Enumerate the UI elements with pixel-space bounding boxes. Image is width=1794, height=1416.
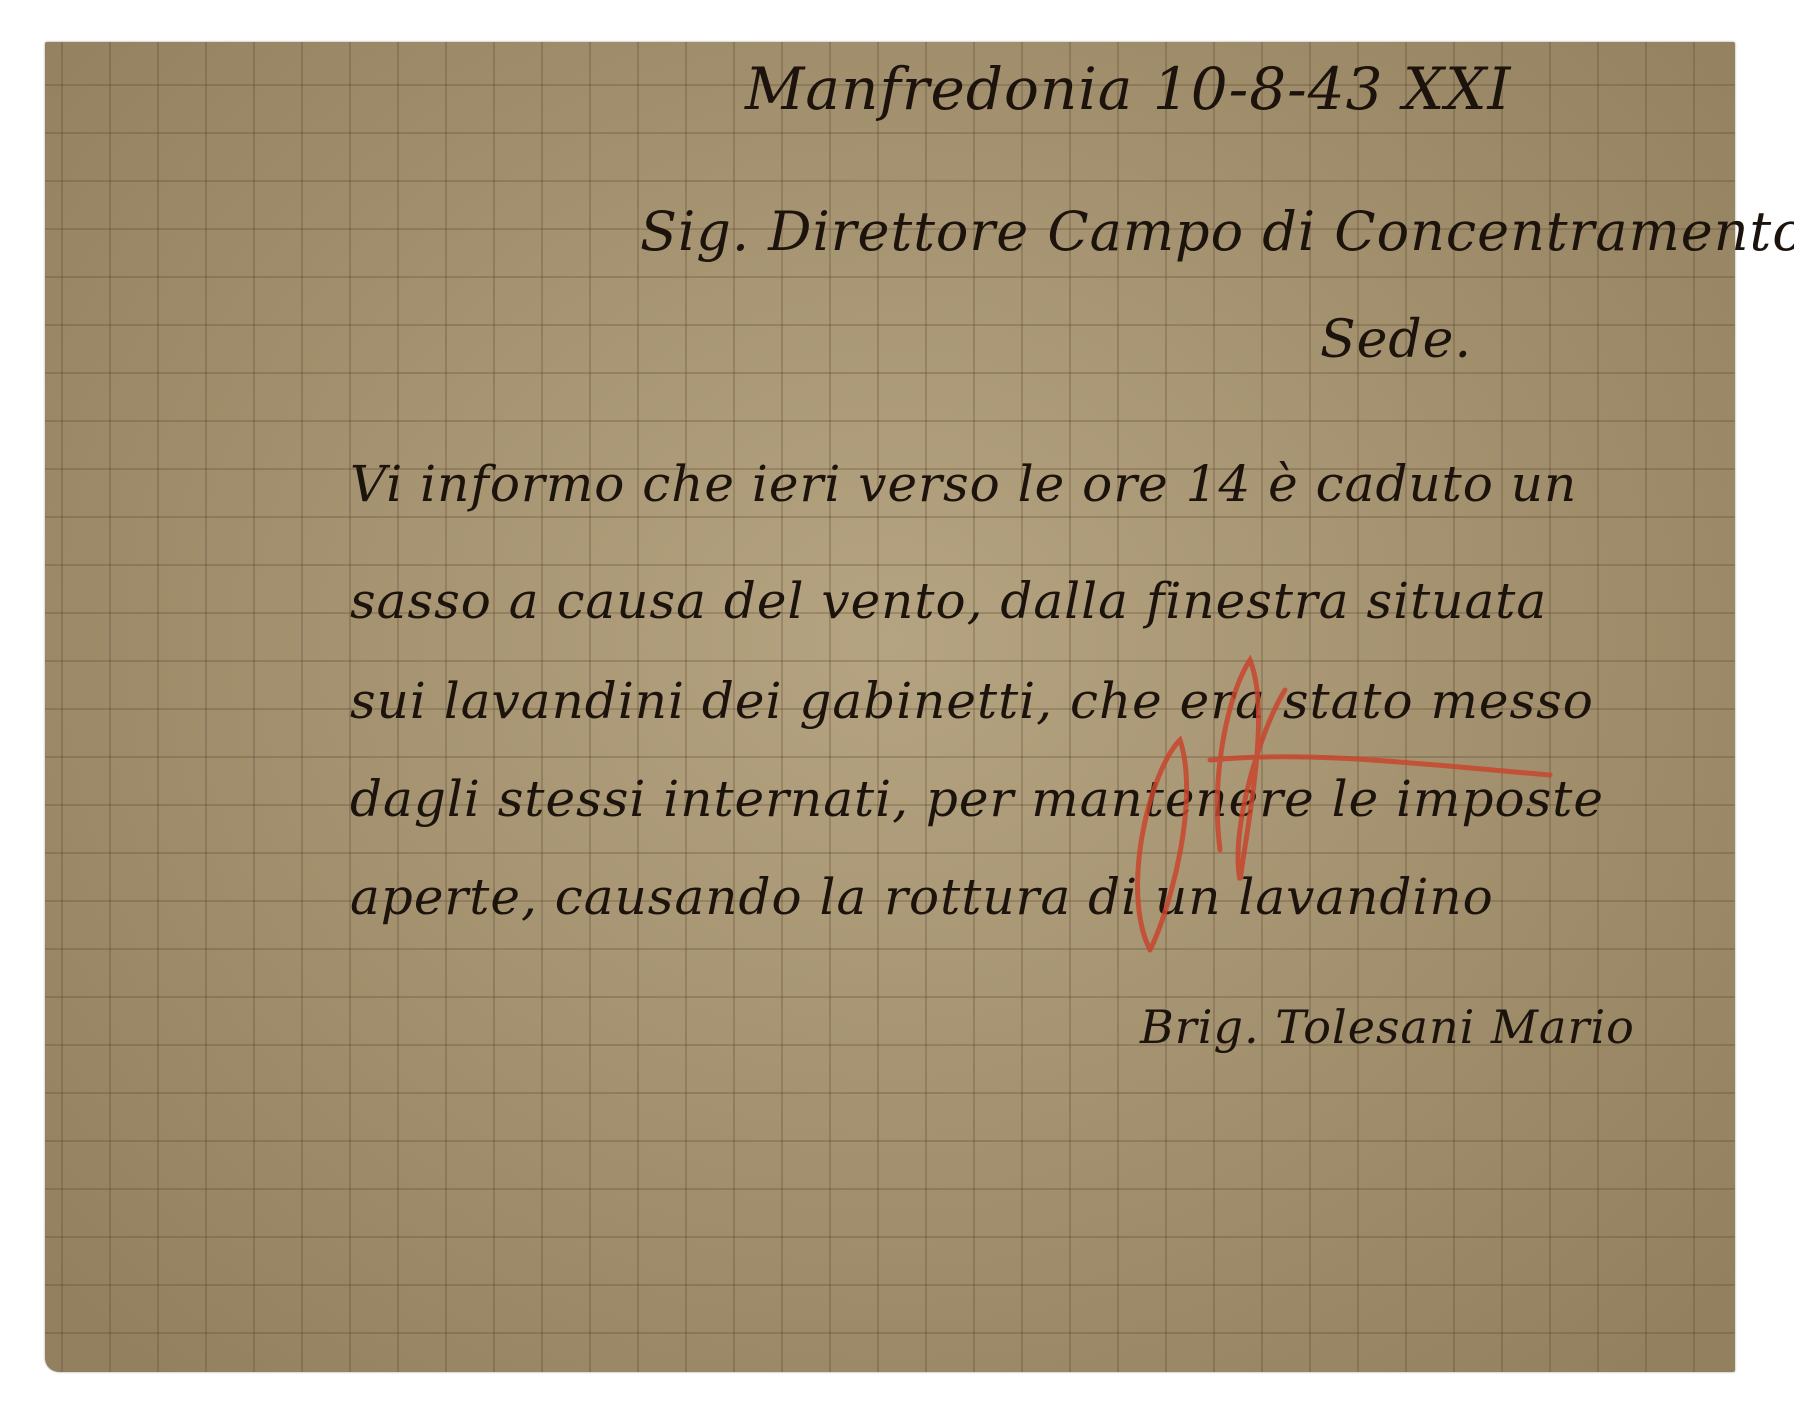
body-line: sasso a causa del vento, dalla finestra … <box>350 572 1547 630</box>
red-initials-mark-icon <box>1110 650 1560 970</box>
body-line: Vi informo che ieri verso le ore 14 è ca… <box>350 455 1577 513</box>
recipient: Sig. Direttore Campo di Concentramento <box>640 200 1794 263</box>
recipient-location: Sede. <box>1320 310 1472 370</box>
place-date: Manfredonia 10-8-43 XXI <box>745 55 1511 123</box>
signature: Brig. Tolesani Mario <box>1140 1000 1635 1054</box>
